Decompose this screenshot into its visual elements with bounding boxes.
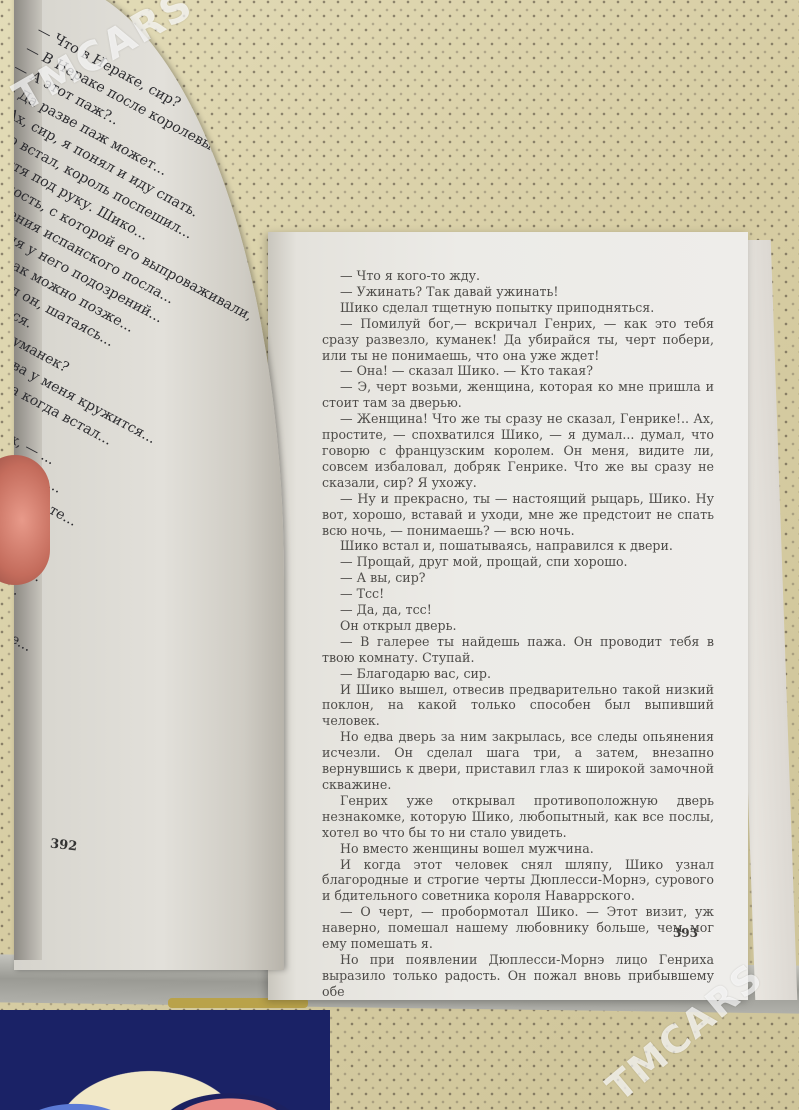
paragraph: Но едва дверь за ним закрылась, все след… [322,729,714,793]
paragraph: — В галерее ты найдешь пажа. Он проводит… [322,634,714,666]
right-page-text: — Что я кого-то жду. — Ужинать? Так дава… [322,268,714,1000]
paragraph: — Ужинать? Так давай ужинать! [322,284,714,300]
page-number: 393 [673,926,698,940]
paragraph: — Ну и прекрасно, ты — настоящий рыцарь,… [322,491,714,539]
left-page[interactable]: — Что в Нераке, сир? — В Нераке после ко… [14,0,284,970]
paragraph: — Она! — сказал Шико. — Кто такая? [322,363,714,379]
paragraph: — Женщина! Что же ты сразу не сказал, Ге… [322,411,714,491]
paragraph: Он открыл дверь. [322,618,714,634]
paragraph: И Шико вышел, отвесив предварительно так… [322,682,714,730]
paragraph: — Прощай, друг мой, прощай, спи хорошо. [322,554,714,570]
thumb-holding-page [0,455,50,585]
left-page-text: — Что в Нераке, сир? — В Нераке после ко… [14,20,265,960]
paragraph: — Э, черт возьми, женщина, которая ко мн… [322,379,714,411]
paragraph: Шико сделал тщетную попытку приподняться… [322,300,714,316]
paragraph: — Что я кого-то жду. [322,268,714,284]
patterned-rug [0,1010,330,1110]
paragraph: — Да, да, тсс! [322,602,714,618]
paragraph: Шико встал и, пошатываясь, направился к … [322,538,714,554]
paragraph: — Тсс! [322,586,714,602]
paragraph: — Благодарю вас, сир. [322,666,714,682]
page-number: 392 [49,837,78,855]
paragraph: — А вы, сир? [322,570,714,586]
paragraph: Но вместо женщины вошел мужчина. [322,841,714,857]
paragraph: Генрих уже открывал противоположную двер… [322,793,714,841]
paragraph: — О черт, — пробормотал Шико. — Этот виз… [322,904,714,952]
right-page: — Что я кого-то жду. — Ужинать? Так дава… [268,232,748,1000]
paragraph: — Помилуй бог,— вскричал Генрих, — как э… [322,316,714,364]
paragraph: И когда этот человек снял шляпу, Шико уз… [322,857,714,905]
paragraph: Но при появлении Дюплесси-Морнэ лицо Ген… [322,952,714,1000]
